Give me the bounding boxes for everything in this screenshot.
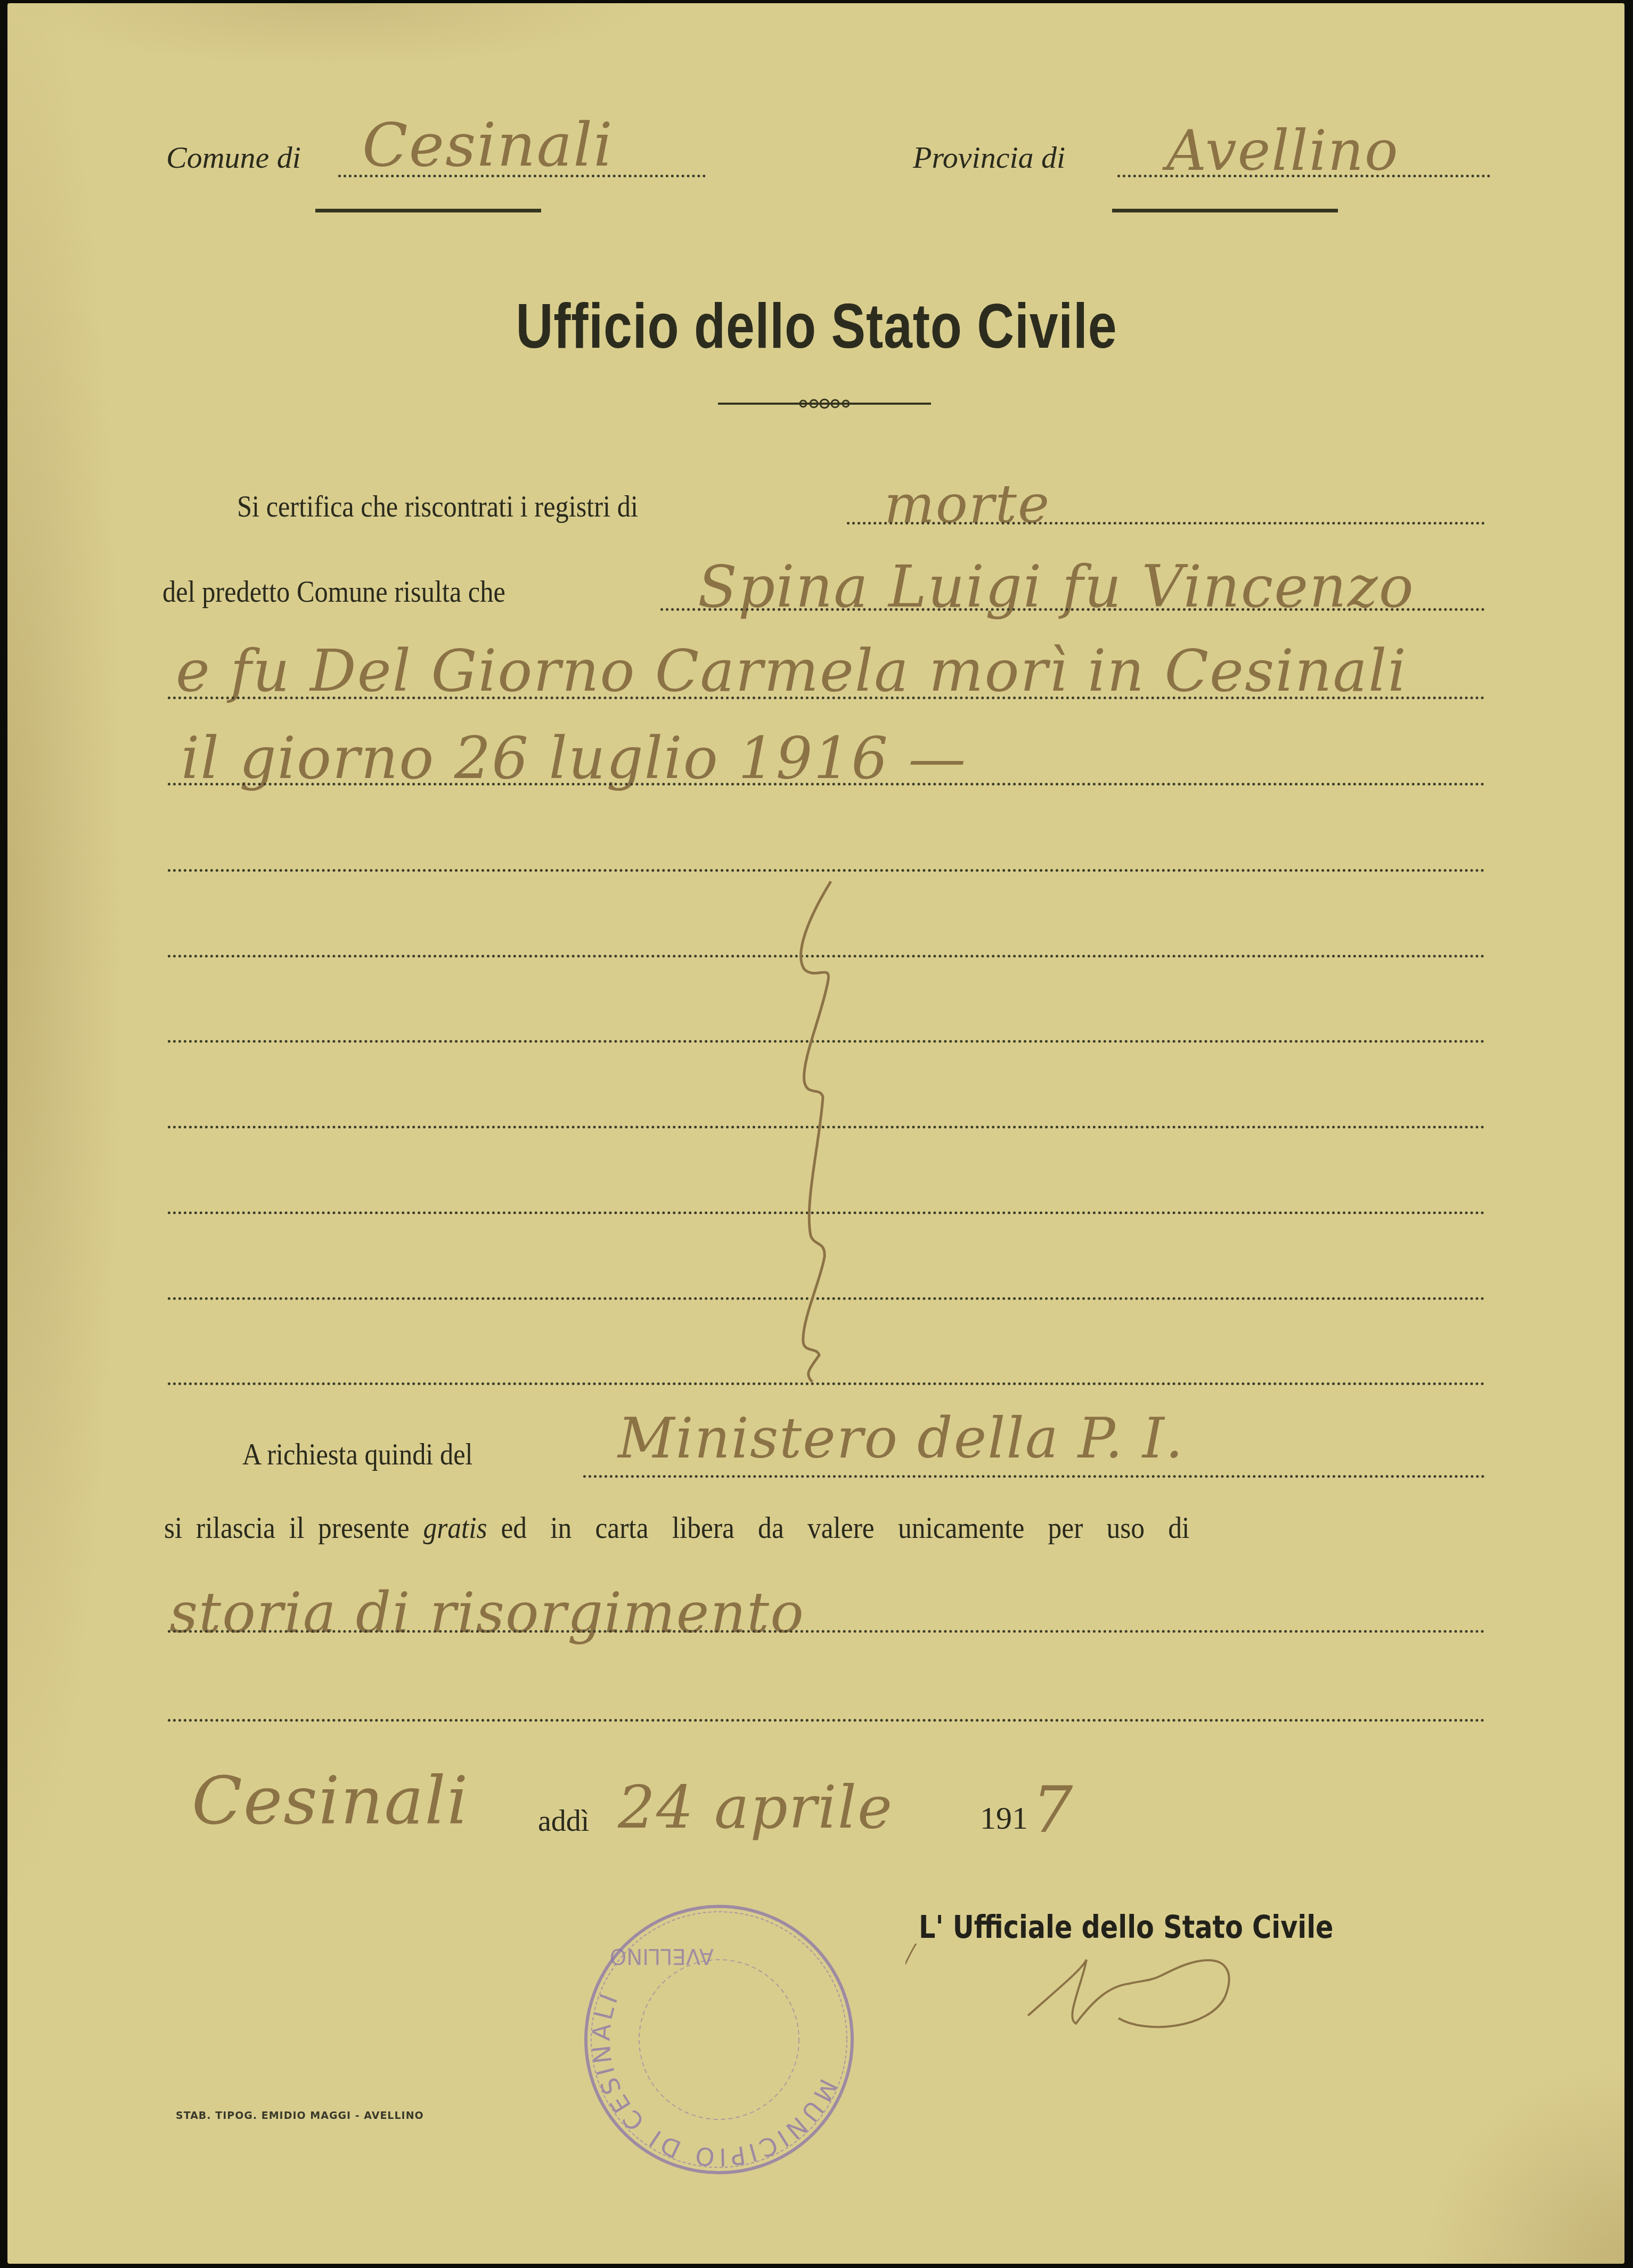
comune-underline [315,209,541,212]
release-text-start: si rilascia il presente gratis ed in car… [164,1511,1189,1545]
provincia-underline [1112,209,1338,212]
registry-label: Si certifica che riscontrati i registri … [237,490,638,524]
release-text-1: si rilascia il presente [164,1512,410,1545]
day-month-value: 24 aprile [618,1773,893,1841]
use-dotted-line [168,1630,1485,1633]
request-label: A richiesta quindi del [242,1438,473,1472]
addi-label: addì [538,1804,589,1838]
gratis-text: gratis [423,1512,487,1545]
release-text-2: ed in carta libera da valere unicamente … [501,1512,1189,1545]
request-dotted-line [583,1475,1485,1478]
printer-imprint: STAB. TIPOG. EMIDIO MAGGI - AVELLINO [176,2110,424,2122]
empty-line-1 [168,869,1485,872]
requester-value: Ministero della P. I. [618,1406,1184,1471]
use-dotted-line-2 [168,1719,1485,1722]
provincia-dotted-line [1117,175,1490,177]
municipal-stamp-icon: MUNICIPIO DI CESINALI AVELLINO [581,1901,858,2178]
svg-text:MUNICIPIO DI CESINALI: MUNICIPIO DI CESINALI [581,1987,846,2178]
comune-value: Cesinali [362,111,614,180]
officer-signature-icon [905,1938,1332,2034]
result-dotted-line [660,608,1485,611]
parents-place-value: e fu Del Giorno Carmela morì in Cesinali [176,638,1407,705]
year-suffix-value: 7 [1032,1773,1074,1847]
provincia-label: Provincia di [913,140,1065,175]
place-value: Cesinali [192,1763,469,1839]
comune-dotted-line [338,175,706,177]
stamp-inner-text: AVELLINO [610,1944,714,1968]
provincia-value: Avellino [1166,118,1399,183]
result-label: del predetto Comune risulta che [162,575,505,609]
year-prefix: 191 [980,1800,1028,1837]
registry-type-value: morte [884,473,1050,535]
use-purpose-value: storia di risorgimento [169,1581,805,1645]
line3-dotted-line [168,697,1485,699]
title-ornament-icon [718,398,931,409]
page-title: Ufficio dello Stato Civile [147,290,1486,363]
registry-dotted-line [847,522,1485,525]
death-date-value: il giorno 26 luglio 1916 — [181,725,967,792]
cancellation-squiggle-icon [772,873,858,1385]
comune-label: Comune di [166,140,301,175]
stamp-outer-text: MUNICIPIO DI CESINALI [581,1987,846,2178]
line4-dotted-line [168,783,1485,785]
